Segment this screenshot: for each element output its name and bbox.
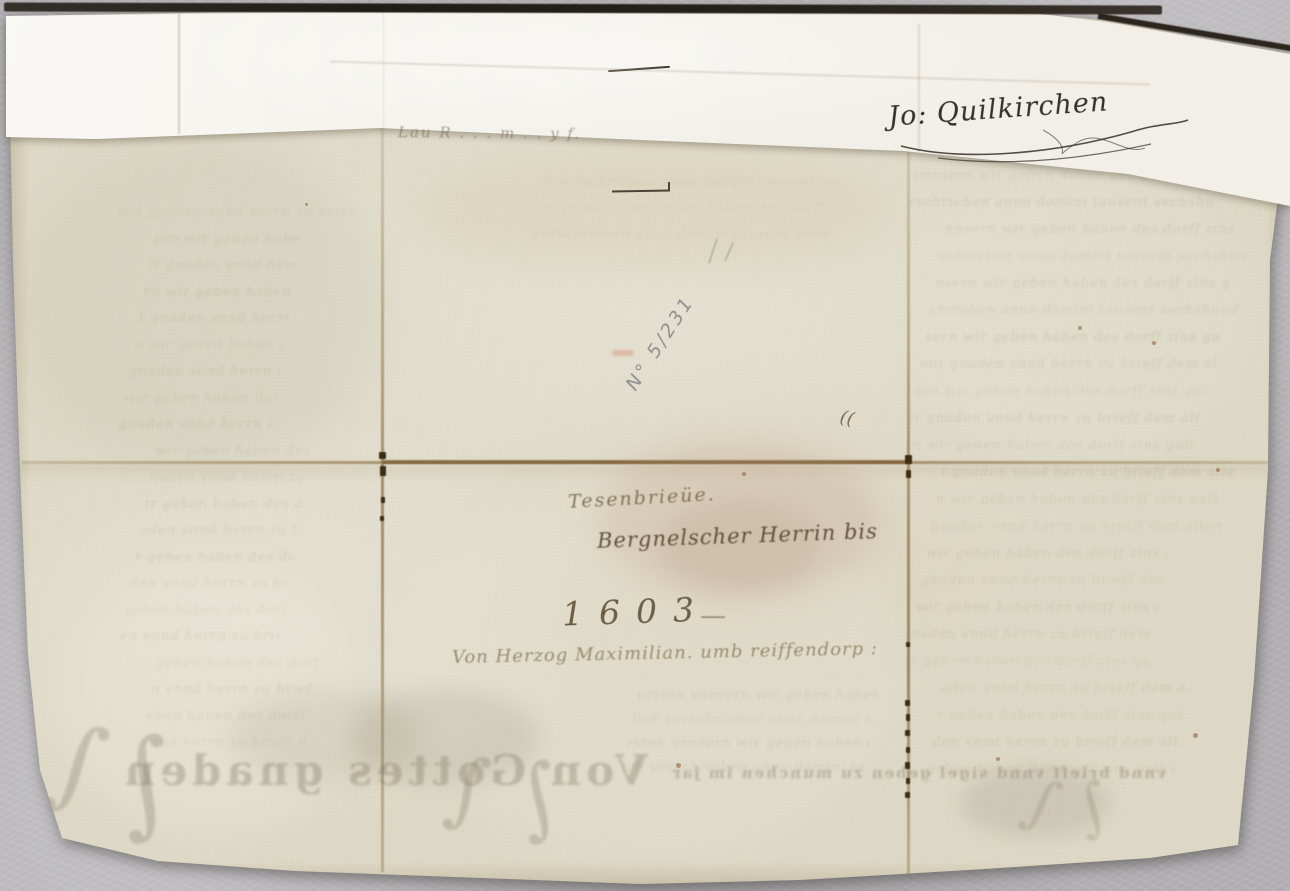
signature-flourish [893,112,1203,168]
crease-line [178,12,180,134]
photograph-background: mit gnaden vnnd herrn zu brieff dem aler… [0,0,1290,891]
crease-line [330,61,1150,85]
faint-top-annotation: Lau R . . . m . . y f. [398,123,581,143]
crease-line [383,12,384,128]
